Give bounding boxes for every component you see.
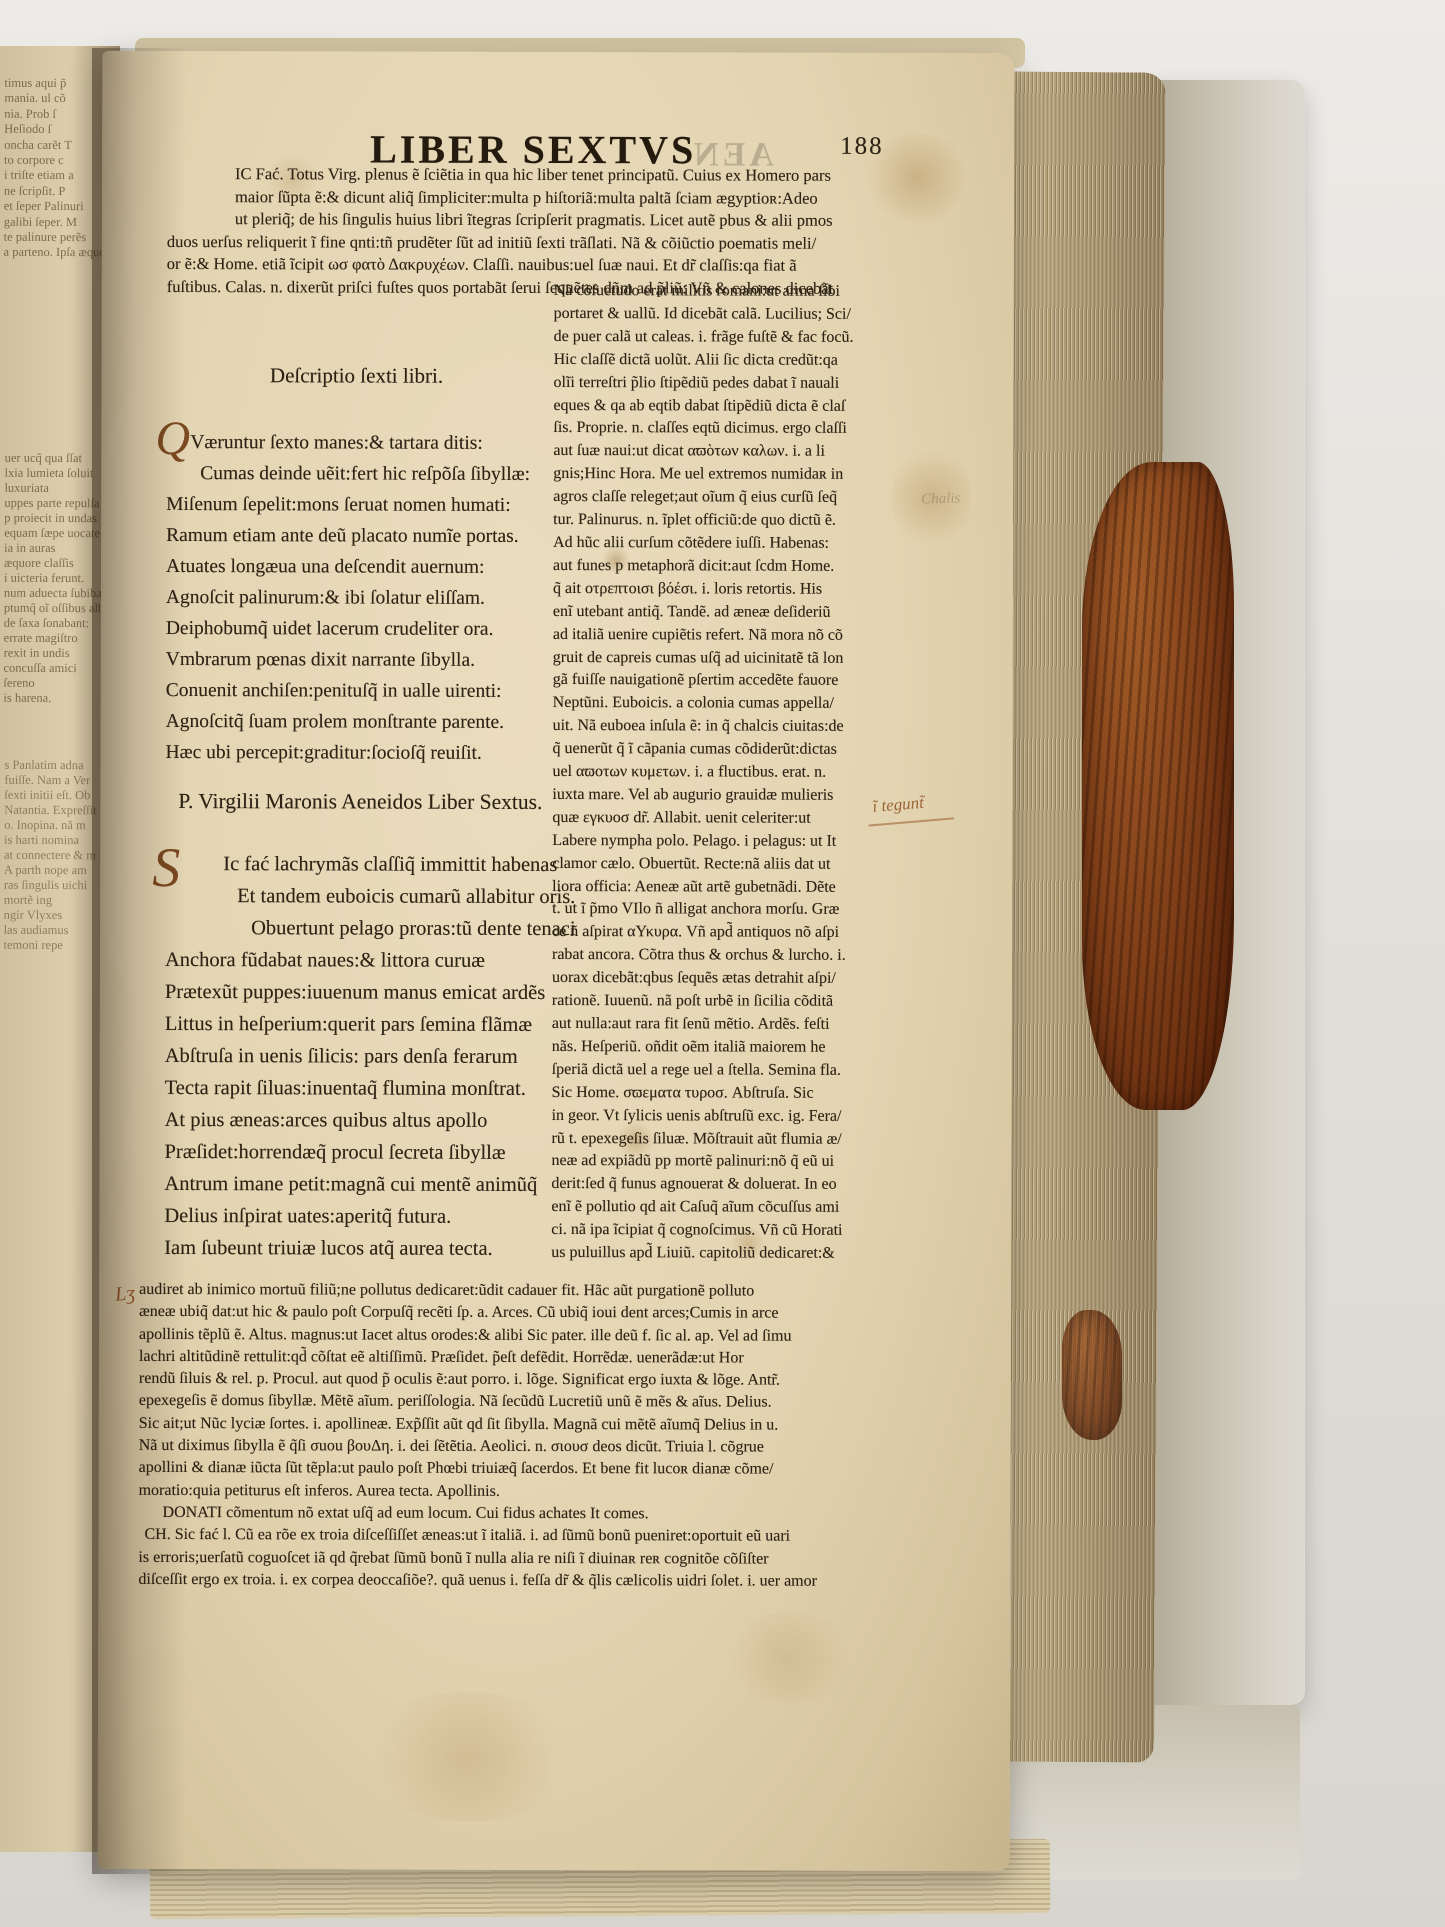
text-line: Agnoſcitq̃ ſuam prolem monſtrante parent…	[166, 706, 530, 738]
text-line: p proiecit in undas	[4, 511, 116, 527]
page-number: 188	[840, 133, 884, 161]
text-line: iuxta mare. Vel ab augurio grauidæ mulie…	[552, 784, 920, 808]
text-line: uppes parte repulſa	[4, 496, 116, 512]
text-line: Vmbrarum pœnas dixit narrante ſibylla.	[166, 644, 530, 676]
book-photo: timus aqui p̃mania. ul cõnia. Prob ſHeſi…	[0, 0, 1445, 1927]
handwritten-faint-note: Chalis	[921, 490, 961, 508]
text-line: rendũ ſiluis & rel. p. Procul. aut quod …	[139, 1368, 939, 1392]
text-line: nãs. Heſperiũ. oñdit oẽm italiã maiorem …	[552, 1036, 920, 1060]
text-line: tur. Palinurus. n. ĩplet officiũ:de quo …	[553, 509, 921, 533]
text-line: Ic fać lachrymãs claſſiq̃ immittit haben…	[165, 848, 576, 881]
book-heading: P. Virgilii Maronis Aeneidos Liber Sextu…	[155, 789, 565, 815]
text-line: q̃ uenerũt q̃ ĩ cãpania cumas cõdiderũt:…	[553, 738, 921, 762]
text-line: fuiſſe. Nam a Ver	[4, 773, 96, 788]
text-line: portaret & uallũ. Id dicebãt calã. Lucil…	[554, 303, 922, 327]
text-line: ſereno	[3, 676, 115, 692]
text-line: Atuates longæua una deſcendit auernum:	[166, 551, 530, 583]
text-line: luxuriata	[4, 481, 116, 497]
text-line: IC Fać. Totus Virg. plenus ẽ ſciẽtia in …	[147, 163, 947, 188]
text-line: de ſaxa ſonabant:	[4, 616, 116, 632]
leather-binding-stain-small	[1062, 1310, 1122, 1440]
text-line: Agnoſcit palinurum:& ibi ſolatur eliſſam…	[166, 582, 530, 614]
argumentum-poem: Væruntur ſexto manes:& tartara ditis:Cum…	[166, 427, 531, 769]
text-line: is erroris;uerſatũ coguoſcet iã qd q̃reb…	[138, 1546, 938, 1570]
text-line: is harena.	[3, 691, 115, 707]
text-line: Conuenit anchiſen:penituſq̃ in ualle uir…	[166, 675, 530, 707]
right-commentary-column: Nã cõſuetudo erat militis romani:ut arma…	[551, 280, 922, 1266]
text-line: epexegeſis ẽ domus ſibyllæ. Mẽtẽ aĩum. p…	[139, 1390, 939, 1414]
text-line: is harti nomina	[4, 833, 96, 848]
text-line: at connectere & m	[4, 848, 96, 863]
text-line: enĩ utebant antiq̃. Tandẽ. ad æneæ deſid…	[553, 601, 921, 625]
text-line: uel αϖοτων κυμετων. i. a fluctibus. erat…	[552, 761, 920, 785]
text-line: lachri altitũdinẽ rettulit:qd̃ cõſtat eẽ…	[139, 1346, 939, 1370]
text-line: apollini & dianæ iũcta ſũt tẽpla:ut paul…	[139, 1457, 939, 1481]
text-line: rabat ancora. Cõtra thus & orchus & lurc…	[552, 944, 920, 968]
text-line: galibi ſeper. M	[4, 214, 106, 230]
text-line: mania. ul cõ	[4, 91, 106, 107]
text-line: mortẽ ing	[4, 893, 96, 908]
text-line: Deiphobumq̃ uidet lacerum crudeliter ora…	[166, 613, 530, 645]
text-line: Tecta rapit ſiluas:inuentaq̃ flumina mon…	[165, 1072, 576, 1105]
text-line: CH. Sic fać l. Cũ ea rõe ex troia diſceſ…	[138, 1524, 938, 1548]
text-line: æquore claſſis	[4, 556, 116, 572]
text-line: quæ εγκυοσ dr̃. Allabit. uenit celeriter…	[552, 807, 920, 831]
text-line: Antrum imane petit:magnã cui mentẽ animũ…	[164, 1168, 575, 1201]
text-line: et ſeper Palinuri	[4, 199, 106, 215]
text-line: lxia lumieta ſoluit	[5, 466, 117, 482]
text-line: Sic ait;ut Nũc lyciæ ſortes. i. apolline…	[139, 1413, 939, 1437]
text-line: or ẽ:& Home. etiã ĩcipit ωσ φατὸ Δακρυχέ…	[147, 253, 947, 278]
text-line: ſis. Proprie. n. claſſes eqtũ dicimus. e…	[553, 417, 921, 441]
text-line: olĩi terreſtri p̃lio ſtipẽdiũ pedes daba…	[553, 372, 921, 396]
text-line: Cumas deinde uẽit:fert hic reſpõſa ſibyl…	[166, 458, 530, 490]
bottom-commentary-block: audiret ab inimico mortuũ filiũ;ne pollu…	[138, 1279, 939, 1593]
text-line: aut ſuæ naui:ut dicat αϖὸτων καλων. i. a…	[553, 440, 921, 464]
text-line: uorax dicebãt:qbus ſequẽs ætas detrahit …	[552, 967, 920, 991]
poem-text: Ic fać lachrymãs claſſiq̃ immittit haben…	[164, 848, 576, 1265]
text-line: audiret ab inimico mortuũ filiũ;ne pollu…	[139, 1279, 939, 1303]
text-line: agros claſſe releget;aut oĩum q̃ eius cu…	[553, 486, 921, 510]
text-line: apollinis tẽplũ ẽ. Altus. magnus:ut Iace…	[139, 1324, 939, 1348]
text-line: neæ ad expiãdũ pp mortẽ palinuri:nõ q̃ e…	[551, 1150, 919, 1174]
text-line: moratio:quia petiturus eſt inferos. Aure…	[139, 1480, 939, 1504]
text-line: ut pleriq̃; de his ſingulis huius libri …	[147, 208, 947, 233]
text-line: ia in auras	[4, 541, 116, 557]
text-line: in geor. Vt ſylicis uenis abſtruſũ exc. …	[552, 1105, 920, 1129]
text-line: ptumq̃ oĩ oſſibus albos	[4, 601, 116, 617]
foxing-stain	[718, 1612, 858, 1702]
book-page: LIBER SEXTVS AEN 188 IC Fać. Totus Virg.…	[98, 51, 1015, 1871]
text-line: errate magiſtro	[4, 631, 116, 647]
text-line: a parteno. Ipſa æquo	[4, 245, 106, 261]
text-line: Neptũni. Euboicis. a colonia cumas appel…	[553, 692, 921, 716]
text-line: Nã ut diximus ſibylla ẽ q̃ſi σuou βουΔη.…	[139, 1435, 939, 1459]
text-line: i triſte etiam a	[4, 168, 106, 184]
text-line: Hæc ubi percepit:graditur:ſocioſq̃ reuiſ…	[166, 737, 530, 769]
text-line: ad italiã uenire cupiẽtis refert. Nã mor…	[553, 624, 921, 648]
foxing-stain	[358, 1691, 578, 1822]
text-line: Et tandem euboicis cumarũ allabitur oris…	[165, 880, 576, 913]
text-line: te palinure perẽs	[4, 230, 106, 246]
facing-page-text-fragments-mid: uer ucq̃ qua ſſatlxia lumieta ſoluitluxu…	[3, 451, 116, 707]
text-line: Obuertunt pelago proras:tũ dente tenaci	[165, 912, 576, 945]
text-line: ci. nã ipa ĩcipiat q̃ cognoſcimus. Vñ cũ…	[551, 1219, 919, 1243]
text-line: Littus in heſperium:querit pars ſemina f…	[165, 1008, 576, 1041]
text-line: aut funes p metaphorã dicit:aut ſcdm Hom…	[553, 555, 921, 579]
text-line: uer ucq̃ qua ſſat	[5, 451, 117, 467]
text-line: Sic Home. σϖεματα τυροσ. Abſtruſa. Sic	[552, 1082, 920, 1106]
facing-page-text-fragments-top: timus aqui p̃mania. ul cõnia. Prob ſHeſi…	[4, 76, 107, 261]
text-line: Heſiodo ſ	[4, 122, 106, 138]
text-line: us puluillus apd̃ Liuiũ. capitoliũ dedic…	[551, 1242, 919, 1266]
text-line: Nã cõſuetudo erat militis romani:ut arma…	[554, 280, 922, 304]
text-line: Prætexũt puppes:iuuenum manus emicat ard…	[165, 976, 576, 1009]
text-line: Delius inſpirat uates:aperitq̃ futura.	[164, 1200, 575, 1233]
text-line: Labere nympha polo. Pelago. i pelagus: u…	[552, 830, 920, 854]
text-line: ras ſingulis uichi	[4, 878, 96, 893]
text-line: Anchora fũdabat naues:& littora curuæ	[165, 944, 576, 977]
argumentum-heading: Deſcriptio ſexti libri.	[166, 363, 546, 389]
text-line: gã fuiſſe nauigationẽ pſertim accedẽte f…	[553, 669, 921, 693]
text-line: rũ t. epexegeſis ſiluæ. Mõſtrauit aũt fl…	[552, 1128, 920, 1152]
text-line: t. ut ĩ p̃mo VIlo ñ alligat anchora morſ…	[552, 898, 920, 922]
text-line: Præſidet:horrendæq̃ procul ſecreta ſibyl…	[164, 1136, 575, 1169]
text-line: las audiamus	[4, 923, 96, 938]
text-line: uit. Nã euboea inſula ẽ: in q̃ chalcis c…	[553, 715, 921, 739]
text-line: Ad hũc alii curſum cõtẽdere iuſſi. Haben…	[553, 532, 921, 556]
top-commentary-block: IC Fać. Totus Virg. plenus ẽ ſciẽtia in …	[147, 163, 947, 300]
text-line: æneæ ubiq̃ dat:ut hic & paulo poſt Corpu…	[139, 1301, 939, 1325]
text-line: DONATI cõmentum nõ extat uſq̃ ad eum loc…	[139, 1502, 939, 1526]
text-line: enĩ ẽ pollutio qd ait Caſuq̃ aĩum cõcuſſ…	[551, 1196, 919, 1220]
text-line: timus aqui p̃	[4, 76, 106, 92]
text-line: Hic claſſẽ dictã uolũt. Alii ſic dicta c…	[554, 349, 922, 373]
handwritten-left-mark: Lʒ	[114, 1282, 136, 1307]
text-line: A parth nope am	[4, 863, 96, 878]
text-line: rationẽ. Iuuenũ. nã poſt urbẽ in ſicilia…	[552, 990, 920, 1014]
text-line: ſexti initii eſt. Ob	[4, 788, 96, 803]
text-line: nia. Prob ſ	[4, 107, 106, 123]
text-line: ne ſcripſit. P	[4, 184, 106, 200]
text-line: maior ſũpta ẽ:& dicunt aliq̃ ſimpliciter…	[147, 185, 947, 210]
text-line: i uicteria ferunt.	[4, 571, 116, 587]
text-line: ngir Vlyxes	[4, 908, 96, 923]
text-line: duos uerſus reliquerit ĩ fine qnti:tñ pr…	[147, 230, 947, 255]
text-line: concuſſa amici	[3, 661, 115, 677]
text-line: gnis;Hinc Hora. Me uel extremos numidaʀ …	[553, 463, 921, 487]
text-line: Miſenum ſepelit:mons ſeruat nomen humati…	[166, 489, 530, 521]
facing-page-text-fragments-low: s Panlatim adnafuiſſe. Nam a Verſexti in…	[3, 758, 96, 953]
leather-binding-stain	[1082, 462, 1234, 1110]
text-line: num aduecta ſubibat.	[4, 586, 116, 602]
text-line: q̃ ait οτρεπτοισι βόέσι. i. loris retort…	[553, 578, 921, 602]
text-line: Natantia. Expreſſit	[4, 803, 96, 818]
text-line: oncha carẽt T	[4, 137, 106, 153]
text-line: rexit in undis	[4, 646, 116, 662]
text-line: Abſtruſa in uenis ſilicis: pars denſa fe…	[165, 1040, 576, 1073]
text-line: diſceſſit ergo ex troia. i. ex corpea de…	[138, 1569, 938, 1593]
text-line: to corpore c	[4, 153, 106, 169]
text-line: gruit de capreis cumas uſq̃ ad uicinitat…	[553, 646, 921, 670]
text-line: Ramum etiam ante deũ placato numĩe porta…	[166, 520, 530, 552]
text-line: aut nulla:aut rara fit ſenũ mẽtio. Ardẽs…	[552, 1013, 920, 1037]
text-line: equam ſæpe uocate	[4, 526, 116, 542]
text-line: ſperiã dictã uel a rege uel a ſtella. Se…	[552, 1059, 920, 1083]
text-line: At pius æneas:arces quibus altus apollo	[165, 1104, 576, 1137]
text-line: s Panlatim adna	[4, 758, 96, 773]
text-line: temoni repe	[3, 938, 95, 953]
text-line: liora officia: Aeneæ aũt artẽ gubetnãdi.…	[552, 876, 920, 900]
text-line: de puer calã ut caleas. i. frãge fuſtẽ &…	[554, 326, 922, 350]
text-line: ce ñ aſpirat αΥκυρα. Vñ apd̃ antiquos nõ…	[552, 921, 920, 945]
text-line: Iam ſubeunt triuiæ lucos atq̃ aurea tect…	[164, 1232, 575, 1265]
text-line: o. Inopina. nã m	[4, 818, 96, 833]
text-line: derit:ſed q̃ funus agnouerat & doluerat.…	[551, 1173, 919, 1197]
text-line: eques & qa ab eqtib dabat ſtipẽdiũ dicta…	[553, 395, 921, 419]
text-line: clamor cælo. Obuertũt. Recte:nã aliis da…	[552, 853, 920, 877]
text-line: Væruntur ſexto manes:& tartara ditis:	[166, 427, 530, 459]
